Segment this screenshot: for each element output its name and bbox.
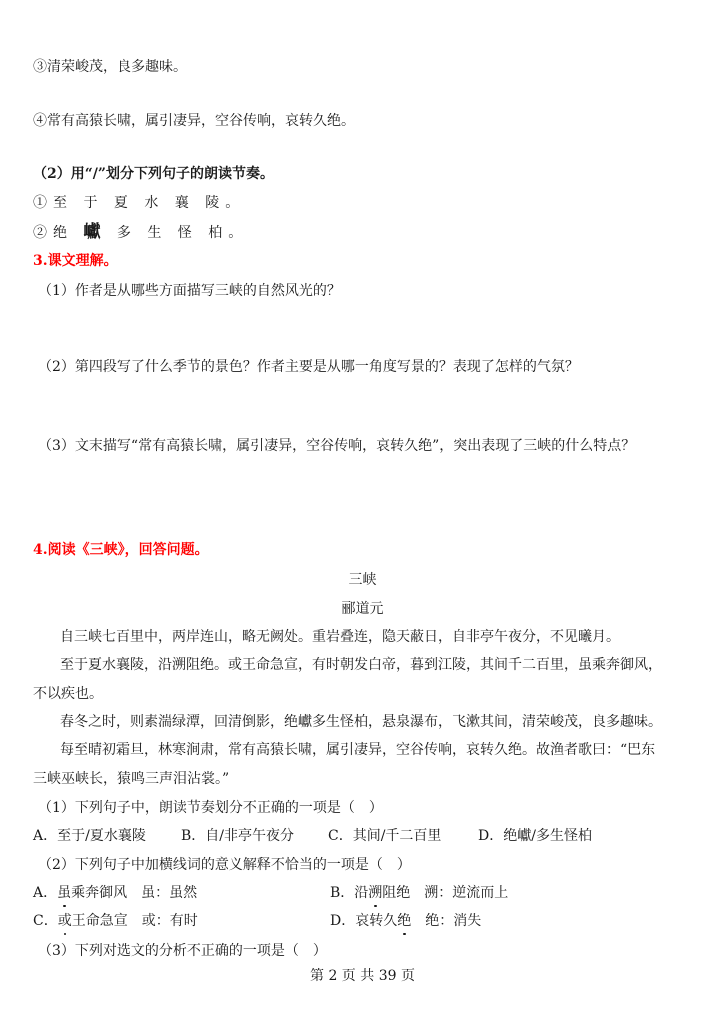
page-footer: 第 2 页 共 39 页 xyxy=(0,966,725,986)
option-gloss: 或：有时 xyxy=(142,913,198,929)
passage-title: 三峡 xyxy=(0,570,725,590)
question-1-stem: （1）下列句子中，朗读节奏划分不正确的一项是（ ） xyxy=(38,798,383,818)
rhythm-item-2: ②绝 巘 多 生 怪 柏。 xyxy=(33,222,248,243)
rhythm-item-2-suffix: 多 生 怪 柏。 xyxy=(106,225,248,241)
passage-author: 郦道元 xyxy=(0,599,725,619)
question-1-option-b[interactable]: B．自/非亭午夜分 xyxy=(181,826,294,846)
option-text-post: 阻绝 xyxy=(382,885,410,901)
section-3-question-2: （2）第四段写了什么季节的景色？作者主要是从哪一角度写景的？表现了怎样的气氛？ xyxy=(38,357,579,377)
question-2-stem: （2）下列句子中加横线词的意义解释不恰当的一项是（ ） xyxy=(38,855,411,875)
passage-paragraph-4-cont: 三峡巫峡长，猿鸣三声泪沾裳。” xyxy=(33,769,229,789)
option-text-post: 乘奔御风 xyxy=(71,885,127,901)
question-2-option-a[interactable]: A．虽乘奔御风虽：虽然 xyxy=(33,883,197,903)
emphasized-word: 绝 xyxy=(397,911,411,931)
option-gloss: 绝：消失 xyxy=(425,913,481,929)
section-4-title: 4.阅读《三峡》，回答问题。 xyxy=(33,540,209,560)
option-gloss: 溯：逆流而上 xyxy=(424,885,508,901)
passage-paragraph-3: 春冬之时，则素湍绿潭，回清倒影，绝巘多生怪柏，悬泉瀑布，飞漱其间，清荣峻茂，良多… xyxy=(60,712,662,732)
question-3-stem: （3）下列对选文的分析不正确的一项是（ ） xyxy=(38,941,327,961)
option-text-post: 王命急宣 xyxy=(72,913,128,929)
rhythm-item-1: ①至 于 夏 水 襄 陵。 xyxy=(33,193,245,213)
option-text-pre: 哀转久 xyxy=(355,913,397,929)
option-gloss: 虽：虽然 xyxy=(141,885,197,901)
passage-paragraph-2: 至于夏水襄陵，沿溯阻绝。或王命急宣，有时朝发白帝，暮到江陵，其间千二百里，虽乘奔… xyxy=(60,655,662,675)
passage-paragraph-4: 每至晴初霜旦，林寒涧肃，常有高猿长啸，属引凄异，空谷传响，哀转久绝。故渔者歌曰：… xyxy=(60,740,655,760)
question-1-option-c[interactable]: C．其间/千二百里 xyxy=(328,826,441,846)
rhythm-item-2-emphasis: 巘 xyxy=(83,222,106,242)
section-3-question-1: （1）作者是从哪些方面描写三峡的自然风光的？ xyxy=(38,281,341,301)
emphasized-word: 溯 xyxy=(368,883,382,903)
passage-paragraph-1: 自三峡七百里中，两岸连山，略无阙处。重岩叠连，隐天蔽日，自非亭午夜分，不见曦月。 xyxy=(60,627,620,647)
section-3-title: 3.课文理解。 xyxy=(33,251,118,271)
rhythm-item-2-prefix: ②绝 xyxy=(33,225,83,241)
emphasized-word: 或 xyxy=(58,911,72,931)
rhythm-heading: （2）用“/”划分下列句子的朗读节奏。 xyxy=(33,164,274,184)
option-letter: C． xyxy=(33,913,58,929)
option-text-pre: 沿 xyxy=(354,885,368,901)
question-1-option-d[interactable]: D．绝巘/多生怪柏 xyxy=(478,826,592,846)
vocab-item-4: ④常有高猿长啸，属引凄异，空谷传响，哀转久绝。 xyxy=(33,111,355,131)
question-1-option-a[interactable]: A．至于/夏水襄陵 xyxy=(33,826,146,846)
question-2-option-b[interactable]: B．沿溯阻绝溯：逆流而上 xyxy=(330,883,508,903)
vocab-item-3: ③清荣峻茂，良多趣味。 xyxy=(33,57,187,77)
question-2-option-d[interactable]: D．哀转久绝绝：消失 xyxy=(330,911,481,931)
passage-paragraph-2-cont: 不以疾也。 xyxy=(33,684,103,704)
emphasized-word: 虽 xyxy=(57,883,71,903)
option-letter: A． xyxy=(33,885,57,901)
option-letter: B． xyxy=(330,885,354,901)
question-2-option-c[interactable]: C．或王命急宣或：有时 xyxy=(33,911,198,931)
section-3-question-3: （3）文末描写“常有高猿长啸，属引凄异，空谷传响，哀转久绝”，突出表现了三峡的什… xyxy=(38,436,635,456)
option-letter: D． xyxy=(330,913,355,929)
